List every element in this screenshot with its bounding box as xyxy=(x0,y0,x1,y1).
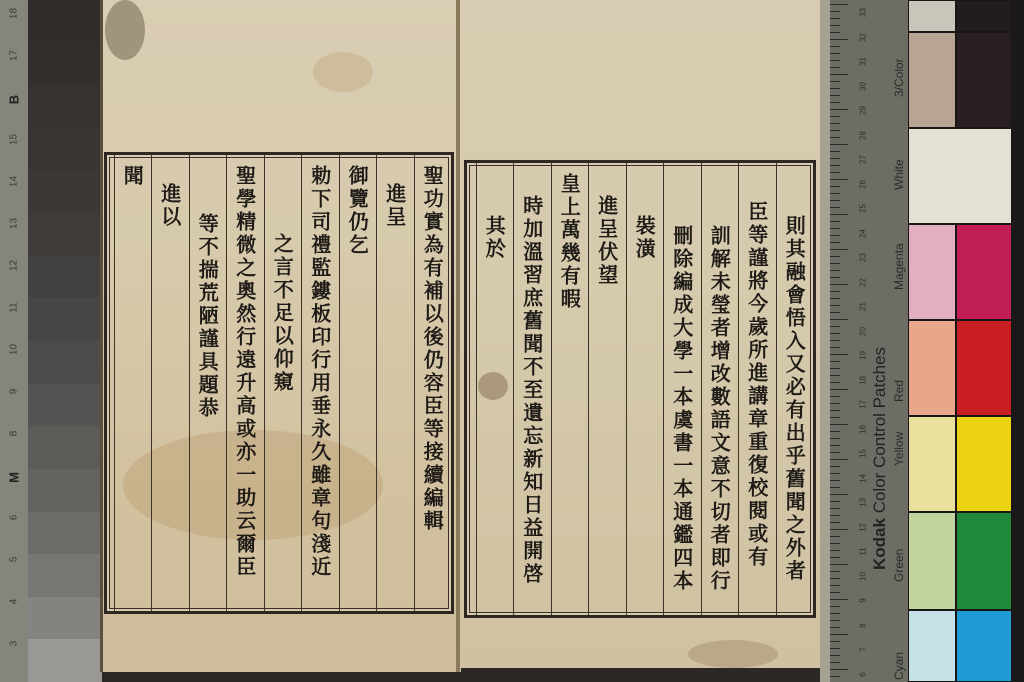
ruler-tick xyxy=(830,32,840,33)
patch-label-3-color: 3/Color xyxy=(892,58,906,97)
ruler-tick xyxy=(830,60,840,61)
ruler-tick xyxy=(830,543,840,544)
ruler-tick xyxy=(830,571,840,572)
ruler-tick xyxy=(830,599,848,600)
ruler-tick xyxy=(830,522,840,523)
ruler-tick xyxy=(830,326,840,327)
ruler-tick xyxy=(830,165,840,166)
ruler-tick xyxy=(830,270,840,271)
color-patches xyxy=(908,0,1012,682)
gray-step xyxy=(28,298,102,342)
ruler-tick xyxy=(830,487,840,488)
ruler-tick xyxy=(830,39,848,40)
kodak-title: Kodak Color Control Patches xyxy=(870,347,890,570)
column-rule xyxy=(701,163,702,615)
column-rule xyxy=(776,163,777,615)
gray-step xyxy=(28,597,102,641)
backing-strip xyxy=(820,0,830,682)
ruler-tick xyxy=(830,634,848,635)
ruler-tick xyxy=(830,95,840,96)
ruler-tick xyxy=(830,396,840,397)
ruler-tick xyxy=(830,424,848,425)
patch-green-dark xyxy=(956,512,1012,610)
ruler-tick xyxy=(830,291,840,292)
column-rule xyxy=(301,155,302,611)
patch-red-dark xyxy=(956,320,1012,416)
text-column: 等不揣荒陋謹具題恭 xyxy=(196,213,218,601)
column-rule xyxy=(476,163,477,615)
patch-label-green: Green xyxy=(892,549,906,582)
ruler-tick xyxy=(830,438,840,439)
ruler-number: 23 xyxy=(859,249,868,267)
ruler-tick xyxy=(830,53,840,54)
ruler-tick xyxy=(830,235,840,236)
ruler-tick xyxy=(830,242,840,243)
ruler-tick xyxy=(830,214,848,215)
ruler-tick xyxy=(830,221,840,222)
ruler-tick xyxy=(830,452,840,453)
ruler-tick xyxy=(830,620,840,621)
ruler-tick xyxy=(830,207,840,208)
patch-label-red: Red xyxy=(892,380,906,402)
patch-cyan-dark xyxy=(956,610,1012,682)
column-rule xyxy=(264,155,265,611)
ruler-tick xyxy=(830,515,840,516)
text-column: 刪除編成大學一本虞書一本通鑑四本 xyxy=(671,225,693,605)
gray-step xyxy=(28,554,102,598)
column-rule xyxy=(376,155,377,611)
ruler-tick xyxy=(830,186,840,187)
text-column: 皇上萬幾有暇 xyxy=(558,173,580,605)
ruler-tick xyxy=(830,116,840,117)
left-grayscale-ruler: 1817B15141312111098M6543 xyxy=(0,0,28,682)
ruler-number: 21 xyxy=(859,298,868,316)
ruler-tick xyxy=(830,256,840,257)
ruler-tick xyxy=(830,284,848,285)
ruler-number: 18 xyxy=(859,371,868,389)
text-column: 聖學精微之奧然行遠升高或亦一助云爾臣 xyxy=(234,165,256,601)
ruler-tick xyxy=(830,312,840,313)
ruler-tick xyxy=(830,529,848,530)
gray-step xyxy=(28,256,102,300)
ruler-number: 26 xyxy=(859,175,868,193)
column-rule xyxy=(551,163,552,615)
patch-label-magenta: Magenta xyxy=(892,243,906,290)
ruler-tick xyxy=(830,277,840,278)
gray-step xyxy=(28,85,102,129)
ruler-number: 20 xyxy=(859,322,868,340)
ruler-tick xyxy=(830,627,840,628)
ruler-number: 13 xyxy=(859,494,868,512)
ruler-tick xyxy=(830,144,848,145)
ruler-tick xyxy=(830,354,848,355)
ruler-number: 9 xyxy=(859,592,868,610)
ruler-number: 6 xyxy=(859,665,868,682)
gray-step xyxy=(28,43,102,87)
column-rule xyxy=(151,155,152,611)
text-column: 進以 xyxy=(159,183,181,601)
ruler-number: 15 xyxy=(859,445,868,463)
ruler-number: 29 xyxy=(859,102,868,120)
ruler-number: 30 xyxy=(859,77,868,95)
patch-label-white: White xyxy=(892,159,906,190)
kodak-ruler: Kodak Color Control Patches 333231302928… xyxy=(830,0,908,682)
patch-label-yellow: Yellow xyxy=(892,432,906,466)
ruler-tick xyxy=(830,361,840,362)
ruler-number: 10 xyxy=(859,567,868,585)
ruler-number: 17 xyxy=(859,396,868,414)
scale-number: 10 xyxy=(9,338,20,362)
patch-white-light xyxy=(908,128,1012,224)
ruler-tick xyxy=(830,494,848,495)
gray-step xyxy=(28,469,102,513)
column-rule xyxy=(738,163,739,615)
ruler-tick xyxy=(830,431,840,432)
ruler-number: 24 xyxy=(859,224,868,242)
ruler-tick xyxy=(830,613,840,614)
text-column: 則其融會悟入又必有出乎舊聞之外者 xyxy=(783,215,805,605)
scale-number: M xyxy=(7,466,22,490)
ruler-tick xyxy=(830,375,840,376)
ruler-tick xyxy=(830,102,840,103)
gray-step xyxy=(28,384,102,428)
ruler-tick xyxy=(830,158,840,159)
torn-corner xyxy=(105,0,145,60)
scale-number: 14 xyxy=(9,170,20,194)
ruler-tick xyxy=(830,347,840,348)
ruler-number: 7 xyxy=(859,641,868,659)
ruler-tick xyxy=(830,228,840,229)
scale-number: 13 xyxy=(9,212,20,236)
book-gutter xyxy=(456,0,460,672)
ruler-tick xyxy=(830,669,848,670)
ruler-number: 28 xyxy=(859,126,868,144)
patch-gray-light-dark xyxy=(956,0,1012,32)
ruler-tick xyxy=(830,319,848,320)
scale-number: B xyxy=(7,88,22,112)
ruler-tick xyxy=(830,473,840,474)
ruler-tick xyxy=(830,592,840,593)
column-rule xyxy=(226,155,227,611)
patch-magenta-light xyxy=(908,224,956,320)
ruler-tick xyxy=(830,11,840,12)
patch-3-color-light xyxy=(908,32,956,128)
ruler-tick xyxy=(830,179,848,180)
gray-step xyxy=(28,341,102,385)
ruler-tick xyxy=(830,333,840,334)
ruler-number: 32 xyxy=(859,28,868,46)
gray-step xyxy=(28,426,102,470)
patch-red-light xyxy=(908,320,956,416)
column-rule xyxy=(513,163,514,615)
text-column: 臣等謹將今歲所進講章重復校閱或有 xyxy=(746,201,768,605)
ruler-tick xyxy=(830,137,840,138)
scale-number: 3 xyxy=(9,632,20,656)
ruler-tick xyxy=(830,130,840,131)
text-frame-right: 則其融會悟入又必有出乎舊聞之外者臣等謹將今歲所進講章重復校閱或有訓解未瑩者增改數… xyxy=(464,160,816,618)
ruler-tick xyxy=(830,74,848,75)
column-rule xyxy=(414,155,415,611)
ruler-tick xyxy=(830,81,840,82)
text-column: 時加溫習庶舊聞不至遺忘新知日益開啓 xyxy=(521,195,543,605)
text-column: 其於 xyxy=(483,215,505,605)
column-rule xyxy=(588,163,589,615)
gray-step xyxy=(28,0,102,44)
ruler-tick xyxy=(830,193,840,194)
scale-number: 4 xyxy=(9,590,20,614)
ruler-tick xyxy=(830,536,840,537)
text-column: 訓解未瑩者增改數語文意不切者即行 xyxy=(708,225,730,605)
ruler-tick xyxy=(830,655,840,656)
ruler-tick xyxy=(830,151,840,152)
water-stain xyxy=(313,52,373,92)
ruler-number: 27 xyxy=(859,151,868,169)
ruler-tick xyxy=(830,389,848,390)
text-column: 之言不足以仰窺 xyxy=(271,233,293,601)
ruler-tick xyxy=(830,18,840,19)
ruler-tick xyxy=(830,508,840,509)
gray-step xyxy=(28,128,102,172)
ruler-tick xyxy=(830,4,848,5)
scale-number: 9 xyxy=(9,380,20,404)
ruler-tick xyxy=(830,410,840,411)
ruler-number: 8 xyxy=(859,616,868,634)
ruler-tick xyxy=(830,641,840,642)
ruler-tick xyxy=(830,88,840,89)
ruler-tick xyxy=(830,298,840,299)
ruler-tick xyxy=(830,564,848,565)
ruler-tick xyxy=(830,305,840,306)
scale-number: 12 xyxy=(9,254,20,278)
ruler-tick xyxy=(830,466,840,467)
ruler-tick xyxy=(830,676,840,677)
scale-number: 18 xyxy=(9,2,20,26)
text-column: 聖功實為有補以後仍容臣等接續編輯 xyxy=(421,165,443,601)
ruler-number: 19 xyxy=(859,347,868,365)
ruler-number: 11 xyxy=(859,543,868,561)
text-column: 勅下司禮監鏤板印行用垂永久雖章句淺近 xyxy=(309,165,331,601)
ruler-tick xyxy=(830,417,840,418)
scale-number: 8 xyxy=(9,422,20,446)
column-rule xyxy=(663,163,664,615)
ruler-tick xyxy=(830,403,840,404)
scale-number: 5 xyxy=(9,548,20,572)
ruler-number: 16 xyxy=(859,420,868,438)
patch-green-light xyxy=(908,512,956,610)
ruler-tick xyxy=(830,109,848,110)
ruler-tick xyxy=(830,445,840,446)
text-column: 進呈伏望 xyxy=(596,195,618,605)
ruler-number: 14 xyxy=(859,469,868,487)
ruler-tick xyxy=(830,67,840,68)
ruler-tick xyxy=(830,46,840,47)
patch-yellow-dark xyxy=(956,416,1012,512)
ruler-tick xyxy=(830,480,840,481)
column-rule xyxy=(189,155,190,611)
ruler-tick xyxy=(830,585,840,586)
text-column: 御覽仍乞 xyxy=(346,165,368,601)
patch-label-cyan: Cyan xyxy=(892,652,906,680)
dark-edge xyxy=(1012,0,1024,682)
ruler-tick xyxy=(830,368,840,369)
gray-step xyxy=(28,512,102,556)
ruler-number: 33 xyxy=(859,4,868,22)
patch-3-color-dark xyxy=(956,32,1012,128)
gray-step xyxy=(28,171,102,215)
ruler-tick xyxy=(830,123,840,124)
damaged-edge xyxy=(688,640,778,668)
ruler-tick xyxy=(830,606,840,607)
patch-gray-light-light xyxy=(908,0,956,32)
ruler-tick xyxy=(830,249,848,250)
ruler-tick xyxy=(830,25,840,26)
ruler-number: 22 xyxy=(859,273,868,291)
ruler-number: 12 xyxy=(859,518,868,536)
text-column: 裝潢 xyxy=(633,215,655,605)
ruler-tick xyxy=(830,200,840,201)
text-column: 進呈 xyxy=(384,183,406,601)
ruler-tick xyxy=(830,578,840,579)
ruler-tick xyxy=(830,172,840,173)
column-rule xyxy=(339,155,340,611)
column-rule xyxy=(626,163,627,615)
gray-step xyxy=(28,639,102,682)
ruler-tick xyxy=(830,459,848,460)
ruler-number: 31 xyxy=(859,53,868,71)
ruler-tick xyxy=(830,648,840,649)
patch-cyan-light xyxy=(908,610,956,682)
ruler-tick xyxy=(830,557,840,558)
ruler-tick xyxy=(830,550,840,551)
scale-number: 17 xyxy=(9,44,20,68)
scale-number: 11 xyxy=(9,296,20,320)
ruler-tick xyxy=(830,263,840,264)
grayscale-steps xyxy=(28,0,102,682)
column-rule xyxy=(114,155,115,611)
ruler-tick xyxy=(830,501,840,502)
scale-number: 15 xyxy=(9,128,20,152)
text-column: 聞 xyxy=(121,165,143,601)
ruler-tick xyxy=(830,340,840,341)
patch-magenta-dark xyxy=(956,224,1012,320)
text-frame-left: 聖功實為有補以後仍容臣等接續編輯進呈御覽仍乞勅下司禮監鏤板印行用垂永久雖章句淺近… xyxy=(104,152,454,614)
ruler-number: 25 xyxy=(859,200,868,218)
gray-step xyxy=(28,213,102,257)
patch-yellow-light xyxy=(908,416,956,512)
ruler-tick xyxy=(830,662,840,663)
ruler-tick xyxy=(830,382,840,383)
scale-number: 6 xyxy=(9,506,20,530)
